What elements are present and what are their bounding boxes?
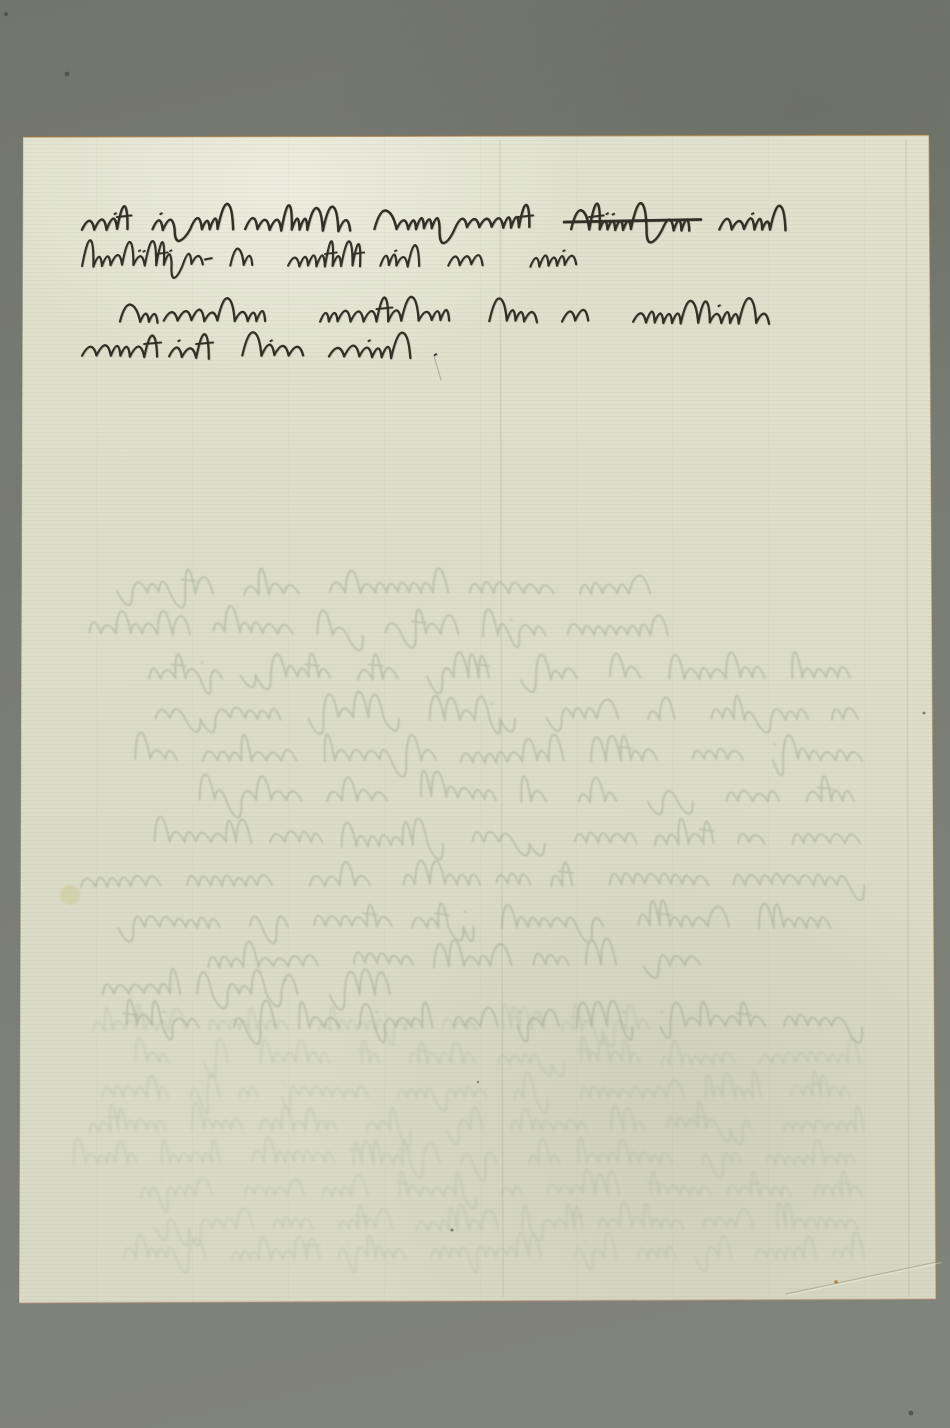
scan-background-board [0, 0, 950, 1428]
verso-bleedthrough [70, 568, 866, 1273]
recto-handwriting [80, 203, 789, 359]
handwriting-layer [0, 0, 950, 1428]
